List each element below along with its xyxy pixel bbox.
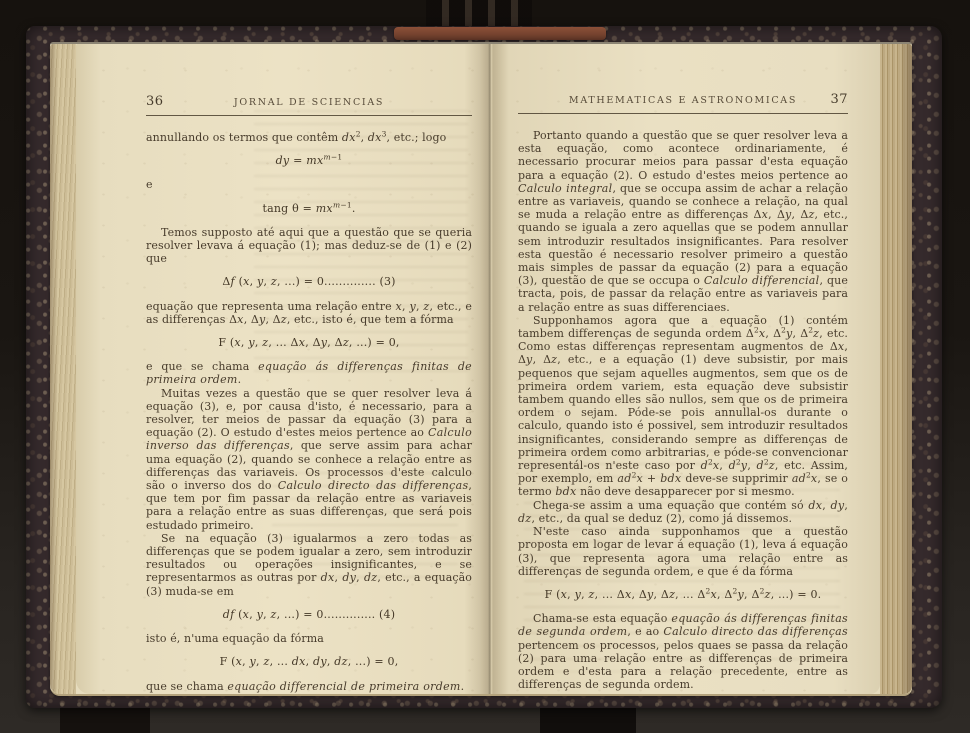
- shadow-bar: [60, 706, 150, 733]
- formula: F (x, y, z, ... dx, dy, dz, ...) = 0,: [146, 655, 472, 668]
- page-number: 36: [146, 94, 182, 109]
- headband: [394, 27, 606, 40]
- page-stack-left-edge: [50, 44, 76, 694]
- running-title: MATHEMATICAS E ASTRONOMICAS: [554, 95, 812, 106]
- paragraph: Supponhamos agora que a equação (1) cont…: [518, 314, 848, 499]
- formula: df (x, y, z, ...) = 0.............. (4): [146, 608, 472, 621]
- paragraph: Muitas vezes a questão que se quer resol…: [146, 387, 472, 532]
- right-page: MATHEMATICAS E ASTRONOMICAS 37 Portanto …: [490, 44, 880, 694]
- formula: Δf (x, y, z, ...) = 0.............. (3): [146, 275, 472, 288]
- page-text: annullando os termos que contêm dx2, dx3…: [146, 131, 472, 693]
- paragraph: e: [146, 178, 472, 191]
- header-rule: [518, 113, 848, 114]
- paragraph: e que se chama equação ás differenças fi…: [146, 360, 472, 386]
- paragraph: que se chama equação differencial de pri…: [146, 680, 472, 693]
- paragraph: Temos supposto até aqui que a questão qu…: [146, 226, 472, 266]
- paragraph: Chega-se assim a uma equação que contém …: [518, 499, 848, 525]
- page-stack-right-edge: [880, 44, 912, 694]
- formula: F (x, y, z, ... Δx, Δy, Δz, ...) = 0,: [146, 336, 472, 349]
- paragraph: Se na equação (3) igualarmos a zero toda…: [146, 532, 472, 598]
- formula: tang θ = mxm−1.: [146, 202, 472, 215]
- running-title: JORNAL DE SCIENCIAS: [182, 97, 436, 108]
- page-block: 36 JORNAL DE SCIENCIAS annullando os ter…: [50, 42, 912, 696]
- page-header: 36 JORNAL DE SCIENCIAS: [146, 94, 472, 109]
- paragraph: annullando os termos que contêm dx2, dx3…: [146, 131, 472, 144]
- page-text: Portanto quando a questão que se quer re…: [518, 129, 848, 691]
- paragraph: N'este caso ainda supponhamos que a ques…: [518, 525, 848, 578]
- paragraph: isto é, n'uma equação da fórma: [146, 632, 472, 645]
- paragraph: Chama-se esta equação equação ás differe…: [518, 612, 848, 691]
- page-header: MATHEMATICAS E ASTRONOMICAS 37: [518, 92, 848, 107]
- header-rule: [146, 115, 472, 116]
- paragraph: equação que representa uma relação entre…: [146, 300, 472, 326]
- left-page: 36 JORNAL DE SCIENCIAS annullando os ter…: [76, 44, 490, 694]
- formula: F (x, y, z, ... Δx, Δy, Δz, ... Δ2x, Δ2y…: [518, 588, 848, 601]
- paragraph: Portanto quando a questão que se quer re…: [518, 129, 848, 314]
- formula: dy = mxm−1: [146, 154, 472, 167]
- page-number: 37: [812, 92, 848, 107]
- photo-background: 36 JORNAL DE SCIENCIAS annullando os ter…: [0, 0, 970, 733]
- book-cover: 36 JORNAL DE SCIENCIAS annullando os ter…: [26, 26, 942, 708]
